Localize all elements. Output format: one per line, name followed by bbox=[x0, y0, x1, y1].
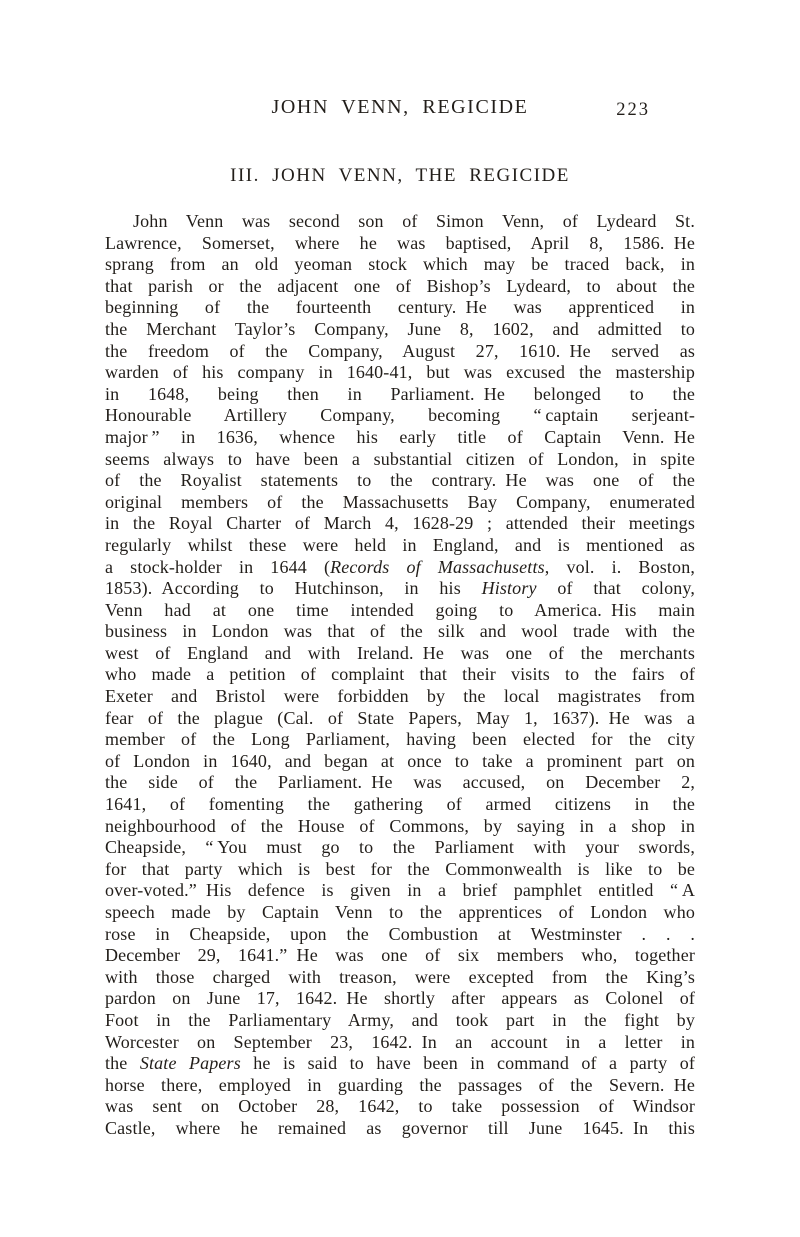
text-line: over-voted.” His defence is given in a b… bbox=[105, 880, 695, 902]
text-segment: business in London was that of the silk … bbox=[105, 621, 695, 641]
text-line: 1641, of fomenting the gathering of arme… bbox=[105, 794, 695, 816]
text-line: John Venn was second son of Simon Venn, … bbox=[105, 211, 695, 233]
text-line: the State Papers he is said to have been… bbox=[105, 1053, 695, 1075]
text-line: business in London was that of the silk … bbox=[105, 621, 695, 643]
text-segment: the freedom of the Company, August 27, 1… bbox=[105, 341, 695, 361]
text-segment: original members of the Massachusetts Ba… bbox=[105, 492, 695, 512]
text-segment: member of the Long Parliament, having be… bbox=[105, 729, 695, 749]
text-line: December 29, 1641.” He was one of six me… bbox=[105, 945, 695, 967]
text-segment: speech made by Captain Venn to the appre… bbox=[105, 902, 695, 922]
text-line: was sent on October 28, 1642, to take po… bbox=[105, 1096, 695, 1118]
text-segment: horse there, employed in guarding the pa… bbox=[105, 1075, 695, 1095]
text-segment: Castle, where he remained as governor ti… bbox=[105, 1118, 695, 1138]
text-segment: Lawrence, Somerset, where he was baptise… bbox=[105, 233, 695, 253]
text-segment: over-voted.” His defence is given in a b… bbox=[105, 880, 695, 900]
page-number: 223 bbox=[606, 100, 650, 121]
text-line: with those charged with treason, were ex… bbox=[105, 967, 695, 989]
text-line: Cheapside, “ You must go to the Parliame… bbox=[105, 837, 695, 859]
text-segment: west of England and with Ireland. He was… bbox=[105, 643, 695, 663]
italic-text: Records of Massachusetts bbox=[330, 557, 545, 577]
text-segment: seems always to have been a substantial … bbox=[105, 449, 695, 469]
text-segment: of the Royalist statements to the contra… bbox=[105, 470, 695, 490]
text-line: rose in Cheapside, upon the Combustion a… bbox=[105, 924, 695, 946]
text-line: who made a petition of complaint that th… bbox=[105, 664, 695, 686]
text-segment: beginning of the fourteenth century. He … bbox=[105, 297, 695, 317]
text-segment: that parish or the adjacent one of Bisho… bbox=[105, 276, 695, 296]
text-segment: of that colony, bbox=[537, 578, 695, 598]
text-line: the side of the Parliament. He was accus… bbox=[105, 772, 695, 794]
text-segment: Exeter and Bristol were forbidden by the… bbox=[105, 686, 695, 706]
text-line: member of the Long Parliament, having be… bbox=[105, 729, 695, 751]
text-line: a stock-holder in 1644 (Records of Massa… bbox=[105, 557, 695, 579]
text-segment: the bbox=[105, 1053, 140, 1073]
text-segment: the Merchant Taylor’s Company, June 8, 1… bbox=[105, 319, 695, 339]
text-segment: of London in 1640, and began at once to … bbox=[105, 751, 695, 771]
text-segment: warden of his company in 1640-41, but wa… bbox=[105, 362, 695, 382]
text-line: the Merchant Taylor’s Company, June 8, 1… bbox=[105, 319, 695, 341]
text-segment: with those charged with treason, were ex… bbox=[105, 967, 695, 987]
text-segment: fear of the plague (Cal. of State Papers… bbox=[105, 708, 695, 728]
text-line: Exeter and Bristol were forbidden by the… bbox=[105, 686, 695, 708]
text-line: pardon on June 17, 1642. He shortly afte… bbox=[105, 988, 695, 1010]
text-segment: Cheapside, “ You must go to the Parliame… bbox=[105, 837, 695, 857]
section-heading: III. JOHN VENN, THE REGICIDE bbox=[105, 165, 695, 187]
text-line: original members of the Massachusetts Ba… bbox=[105, 492, 695, 514]
text-segment: pardon on June 17, 1642. He shortly afte… bbox=[105, 988, 695, 1008]
text-segment: major ” in 1636, whence his early title … bbox=[105, 427, 695, 447]
text-line: major ” in 1636, whence his early title … bbox=[105, 427, 695, 449]
text-segment: John Venn was second son of Simon Venn, … bbox=[133, 211, 695, 231]
text-line: horse there, employed in guarding the pa… bbox=[105, 1075, 695, 1097]
text-segment: for that party which is best for the Com… bbox=[105, 859, 695, 879]
text-line: Foot in the Parliamentary Army, and took… bbox=[105, 1010, 695, 1032]
text-line: in the Royal Charter of March 4, 1628-29… bbox=[105, 513, 695, 535]
text-segment: sprang from an old yeoman stock which ma… bbox=[105, 254, 695, 274]
text-segment: Worcester on September 23, 1642. In an a… bbox=[105, 1032, 695, 1052]
text-segment: Venn had at one time intended going to A… bbox=[105, 600, 695, 620]
italic-text: History bbox=[482, 578, 537, 598]
text-line: in 1648, being then in Parliament. He be… bbox=[105, 384, 695, 406]
text-segment: was sent on October 28, 1642, to take po… bbox=[105, 1096, 695, 1116]
text-line: regularly whilst these were held in Engl… bbox=[105, 535, 695, 557]
text-segment: who made a petition of complaint that th… bbox=[105, 664, 695, 684]
text-line: of the Royalist statements to the contra… bbox=[105, 470, 695, 492]
text-line: Lawrence, Somerset, where he was baptise… bbox=[105, 233, 695, 255]
italic-text: State Papers bbox=[140, 1053, 241, 1073]
text-line: Worcester on September 23, 1642. In an a… bbox=[105, 1032, 695, 1054]
text-segment: regularly whilst these were held in Engl… bbox=[105, 535, 695, 555]
text-line: west of England and with Ireland. He was… bbox=[105, 643, 695, 665]
text-line: the freedom of the Company, August 27, 1… bbox=[105, 341, 695, 363]
text-segment: , vol. i. Boston, bbox=[545, 557, 695, 577]
text-segment: he is said to have been in command of a … bbox=[241, 1053, 695, 1073]
text-segment: 1853). According to Hutchinson, in his bbox=[105, 578, 482, 598]
text-segment: in the Royal Charter of March 4, 1628-29… bbox=[105, 513, 695, 533]
text-line: Venn had at one time intended going to A… bbox=[105, 600, 695, 622]
text-line: Honourable Artillery Company, becoming “… bbox=[105, 405, 695, 427]
text-line: for that party which is best for the Com… bbox=[105, 859, 695, 881]
text-line: neighbourhood of the House of Commons, b… bbox=[105, 816, 695, 838]
text-segment: December 29, 1641.” He was one of six me… bbox=[105, 945, 695, 965]
text-line: 1853). According to Hutchinson, in his H… bbox=[105, 578, 695, 600]
book-page: JOHN VENN, REGICIDE 223 III. JOHN VENN, … bbox=[0, 0, 800, 1237]
body-text: John Venn was second son of Simon Venn, … bbox=[105, 211, 695, 1140]
text-line: beginning of the fourteenth century. He … bbox=[105, 297, 695, 319]
text-line: Castle, where he remained as governor ti… bbox=[105, 1118, 695, 1140]
text-segment: in 1648, being then in Parliament. He be… bbox=[105, 384, 695, 404]
text-line: that parish or the adjacent one of Bisho… bbox=[105, 276, 695, 298]
text-segment: Honourable Artillery Company, becoming “… bbox=[105, 405, 695, 425]
text-line: warden of his company in 1640-41, but wa… bbox=[105, 362, 695, 384]
text-line: fear of the plague (Cal. of State Papers… bbox=[105, 708, 695, 730]
text-line: seems always to have been a substantial … bbox=[105, 449, 695, 471]
text-segment: the side of the Parliament. He was accus… bbox=[105, 772, 695, 792]
text-segment: rose in Cheapside, upon the Combustion a… bbox=[105, 924, 695, 944]
text-segment: neighbourhood of the House of Commons, b… bbox=[105, 816, 695, 836]
text-line: of London in 1640, and began at once to … bbox=[105, 751, 695, 773]
text-segment: Foot in the Parliamentary Army, and took… bbox=[105, 1010, 695, 1030]
text-segment: a stock-holder in 1644 ( bbox=[105, 557, 330, 577]
text-line: speech made by Captain Venn to the appre… bbox=[105, 902, 695, 924]
text-segment: 1641, of fomenting the gathering of arme… bbox=[105, 794, 695, 814]
text-line: sprang from an old yeoman stock which ma… bbox=[105, 254, 695, 276]
